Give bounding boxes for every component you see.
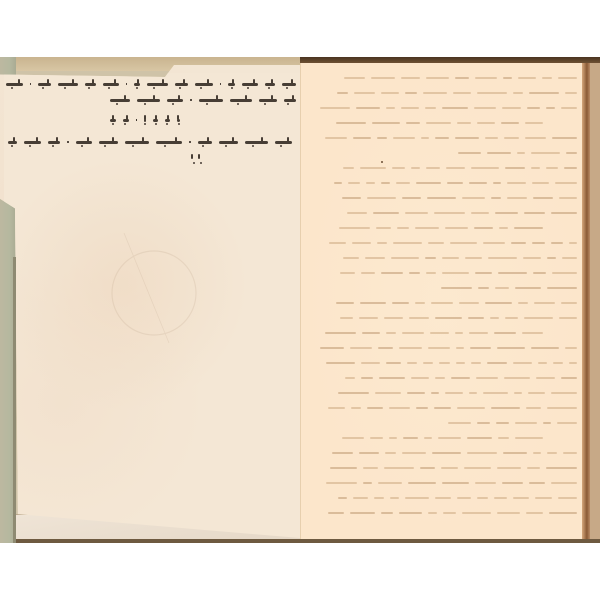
faint-text-line: [421, 420, 577, 426]
faint-text-line: [309, 300, 577, 306]
faint-word: [328, 512, 344, 514]
faint-word: [352, 242, 371, 244]
faint-text-line: [309, 480, 577, 486]
faint-word: [377, 242, 387, 244]
faint-word: [350, 347, 372, 349]
faint-word: [409, 317, 429, 319]
faint-word: [513, 92, 523, 94]
handwritten-word: [144, 119, 147, 122]
faint-word: [552, 137, 577, 139]
faint-word: [393, 137, 415, 139]
faint-text-line: [309, 345, 577, 351]
faint-text-line: [309, 120, 543, 126]
faint-word: [325, 332, 356, 334]
faint-word: [493, 182, 501, 184]
faint-word: [353, 137, 371, 139]
faint-word: [551, 392, 577, 394]
faint-word: [371, 77, 395, 79]
faint-word: [359, 317, 378, 319]
faint-word: [378, 482, 402, 484]
manuscript-photo: [0, 57, 600, 543]
faint-word: [476, 377, 498, 379]
faint-word: [435, 497, 451, 499]
handwritten-word: [8, 141, 17, 144]
faint-text-line: [309, 270, 577, 276]
faint-word: [538, 362, 547, 364]
faint-word: [378, 347, 393, 349]
handwritten-word: [125, 141, 149, 144]
faint-word: [442, 482, 469, 484]
faint-word: [487, 152, 511, 154]
faint-word: [491, 407, 520, 409]
faint-word: [456, 362, 465, 364]
bottom-edge-shadow: [16, 539, 600, 543]
faint-text-line: [309, 435, 543, 441]
faint-word: [326, 482, 357, 484]
faint-word: [415, 227, 439, 229]
faint-word: [457, 122, 471, 124]
faint-word: [498, 272, 527, 274]
faint-word: [465, 257, 482, 259]
handwritten-word: [76, 141, 92, 144]
faint-word: [427, 197, 456, 199]
faint-word: [470, 347, 491, 349]
faint-word: [496, 422, 509, 424]
faint-word: [344, 77, 365, 79]
faint-word: [425, 107, 436, 109]
faint-word: [502, 482, 523, 484]
faint-word: [533, 452, 541, 454]
faint-text-line: [309, 240, 577, 246]
faint-word: [320, 347, 344, 349]
faint-word: [405, 497, 429, 499]
faint-text-line: [309, 225, 543, 231]
faint-word: [338, 392, 369, 394]
faint-word: [522, 332, 543, 334]
handwritten-word: [242, 83, 258, 86]
faint-word: [420, 467, 435, 469]
faint-word: [361, 272, 375, 274]
faint-text-line: [309, 105, 577, 111]
handwritten-word: [153, 119, 158, 122]
faint-word: [507, 182, 526, 184]
faint-word: [525, 137, 546, 139]
handwritten-word: [219, 141, 238, 144]
faint-word: [467, 452, 497, 454]
faint-word: [345, 377, 355, 379]
faint-text-line: [309, 165, 577, 171]
faint-word: [399, 347, 422, 349]
faint-word: [475, 272, 492, 274]
faint-word: [447, 182, 463, 184]
faint-word: [531, 347, 559, 349]
faint-word: [329, 242, 346, 244]
faint-word: [531, 152, 560, 154]
faint-word: [475, 482, 496, 484]
faint-word: [360, 302, 386, 304]
faint-word: [334, 182, 342, 184]
faint-word: [485, 137, 498, 139]
faint-word: [525, 122, 543, 124]
faint-word: [442, 107, 468, 109]
faint-word: [401, 107, 419, 109]
faint-word: [373, 212, 399, 214]
faint-word: [426, 167, 440, 169]
faint-word: [403, 437, 418, 439]
faint-word: [416, 182, 441, 184]
faint-word: [393, 242, 422, 244]
faint-word: [416, 407, 428, 409]
right-page: [300, 63, 583, 541]
faint-word: [320, 107, 350, 109]
faint-word: [426, 77, 449, 79]
faint-word: [529, 482, 545, 484]
faint-text-line: [309, 135, 577, 141]
faint-word: [445, 227, 468, 229]
faint-word: [534, 302, 555, 304]
faint-word: [524, 317, 553, 319]
faint-word: [342, 437, 364, 439]
faint-word: [338, 497, 347, 499]
handwritten-word: [38, 83, 51, 86]
faint-text-line: [309, 450, 577, 456]
faint-word: [353, 497, 368, 499]
faint-word: [336, 122, 366, 124]
faint-word: [497, 347, 525, 349]
faint-word: [391, 257, 419, 259]
handwritten-word: [165, 119, 170, 122]
punctuation-dot: [190, 99, 192, 101]
faint-word: [441, 467, 458, 469]
faint-word: [384, 467, 414, 469]
faint-word: [432, 452, 461, 454]
faint-word: [425, 257, 436, 259]
faint-word: [546, 167, 558, 169]
faint-word: [515, 437, 543, 439]
handwritten-word: [245, 141, 268, 144]
handwritten-word: [259, 99, 277, 102]
handwritten-word: [110, 99, 130, 102]
handwritten-word: [6, 83, 23, 86]
faint-word: [523, 257, 541, 259]
faint-word: [350, 512, 375, 514]
faint-word: [428, 512, 437, 514]
faint-word: [411, 377, 429, 379]
faint-word: [415, 302, 425, 304]
faint-word: [490, 317, 499, 319]
faint-word: [564, 167, 577, 169]
faint-word: [488, 257, 517, 259]
faint-word: [552, 272, 577, 274]
faint-word: [526, 512, 543, 514]
faint-word: [435, 137, 449, 139]
faint-word: [565, 347, 577, 349]
faint-word: [381, 512, 393, 514]
faint-word: [474, 227, 493, 229]
faint-text-line: [309, 195, 577, 201]
faint-word: [546, 107, 555, 109]
faint-word: [405, 212, 428, 214]
faint-word: [559, 317, 577, 319]
faint-word: [553, 362, 563, 364]
faint-word: [406, 122, 420, 124]
faint-word: [442, 257, 459, 259]
faint-word: [498, 437, 509, 439]
faint-word: [435, 317, 462, 319]
faint-word: [561, 302, 577, 304]
faint-word: [365, 257, 385, 259]
punctuation-dot: [136, 119, 137, 121]
handwritten-word: [167, 99, 183, 102]
faint-word: [469, 332, 488, 334]
faint-text-line: [309, 255, 577, 261]
faint-word: [551, 482, 577, 484]
faint-word: [372, 122, 400, 124]
faint-word: [528, 392, 545, 394]
faint-word: [340, 272, 355, 274]
faint-text-line: [309, 75, 577, 81]
faint-word: [428, 242, 444, 244]
faint-word: [392, 167, 405, 169]
punctuation-dot: [126, 83, 127, 85]
faint-word: [438, 437, 461, 439]
faint-word: [392, 302, 409, 304]
faint-word: [343, 257, 359, 259]
faint-word: [462, 197, 485, 199]
faint-word: [501, 122, 519, 124]
faint-word: [471, 362, 481, 364]
faint-word: [487, 362, 507, 364]
faint-word: [443, 512, 456, 514]
faint-word: [439, 362, 450, 364]
faint-word: [562, 257, 577, 259]
handwritten-word: [199, 99, 224, 102]
faint-text-line: [309, 375, 577, 381]
faint-text-line: [309, 510, 577, 516]
faint-word: [408, 482, 436, 484]
handwritten-word: [175, 83, 188, 86]
faint-word: [518, 77, 536, 79]
handwritten-word: [24, 141, 41, 144]
faint-word: [514, 392, 522, 394]
faint-word: [569, 242, 577, 244]
faint-word: [475, 77, 497, 79]
faint-text-line: [309, 180, 577, 186]
faint-word: [495, 287, 509, 289]
faint-word: [491, 197, 501, 199]
faint-word: [426, 122, 451, 124]
faint-word: [558, 497, 577, 499]
faint-word: [527, 467, 540, 469]
left-page-edge: [13, 257, 16, 543]
faint-word: [557, 422, 577, 424]
faint-word: [566, 152, 577, 154]
handwritten-word: [110, 119, 116, 122]
faint-word: [441, 287, 472, 289]
faint-word: [367, 197, 396, 199]
faint-word: [402, 197, 421, 199]
faint-word: [325, 137, 347, 139]
faint-word: [384, 317, 403, 319]
faint-word: [389, 437, 397, 439]
faint-word: [503, 77, 512, 79]
faint-word: [421, 137, 429, 139]
faint-word: [515, 287, 541, 289]
faint-word: [542, 77, 552, 79]
faint-word: [351, 407, 361, 409]
faint-text-line: [309, 315, 577, 321]
faint-word: [431, 392, 439, 394]
faint-word: [359, 452, 379, 454]
faint-word: [342, 197, 361, 199]
faint-word: [546, 467, 577, 469]
faint-word: [446, 167, 465, 169]
faint-word: [434, 212, 465, 214]
faint-text-line: [421, 285, 577, 291]
faint-word: [518, 302, 528, 304]
handwritten-line: [110, 115, 180, 125]
faint-word: [374, 497, 384, 499]
faint-word: [547, 452, 557, 454]
handwritten-line: [8, 137, 292, 147]
right-fore-edge: [582, 63, 590, 541]
faint-word: [426, 272, 436, 274]
faint-word: [363, 482, 372, 484]
handwritten-word: [48, 141, 60, 144]
faint-word: [343, 167, 354, 169]
faint-word: [337, 92, 348, 94]
faint-word: [483, 392, 508, 394]
faint-word: [458, 152, 481, 154]
handwritten-word: [103, 83, 119, 86]
faint-word: [423, 362, 433, 364]
faint-word: [478, 287, 489, 289]
faint-word: [330, 467, 357, 469]
faint-word: [455, 77, 469, 79]
faint-word: [362, 332, 380, 334]
faint-word: [514, 227, 543, 229]
faint-word: [451, 377, 470, 379]
faint-word: [424, 437, 432, 439]
faint-word: [381, 272, 403, 274]
handwritten-word: [230, 99, 251, 102]
faint-word: [401, 77, 420, 79]
right-outer-edge: [590, 63, 600, 541]
punctuation-dot: [67, 141, 69, 143]
handwritten-word: [198, 141, 212, 144]
faint-word: [515, 422, 537, 424]
faint-word: [348, 182, 360, 184]
faint-word: [402, 452, 426, 454]
handwritten-word: [284, 99, 296, 102]
faint-word: [356, 107, 380, 109]
faint-word: [445, 392, 463, 394]
faint-word: [468, 317, 484, 319]
faint-word: [455, 137, 479, 139]
faint-word: [407, 362, 417, 364]
faint-word: [435, 377, 445, 379]
faint-word: [547, 407, 577, 409]
faint-word: [453, 92, 471, 94]
punctuation-dot: [189, 141, 191, 143]
faint-word: [399, 512, 422, 514]
faint-word: [524, 212, 545, 214]
faint-word: [531, 167, 540, 169]
faint-word: [386, 332, 396, 334]
faint-word: [551, 242, 563, 244]
faint-word: [477, 122, 495, 124]
faint-word: [502, 107, 521, 109]
faint-word: [549, 512, 577, 514]
faint-word: [456, 347, 464, 349]
faint-word: [450, 242, 477, 244]
faint-word: [533, 197, 553, 199]
faint-word: [547, 257, 556, 259]
faint-word: [485, 302, 512, 304]
faint-word: [505, 167, 525, 169]
faint-word: [511, 242, 526, 244]
faint-word: [561, 107, 577, 109]
punctuation-dot: [30, 83, 31, 85]
faint-word: [513, 497, 529, 499]
faint-word: [535, 497, 552, 499]
handwritten-line: [6, 79, 296, 89]
handwritten-word: [265, 83, 275, 86]
faint-word: [517, 152, 525, 154]
faint-word: [361, 362, 380, 364]
faint-word: [448, 422, 471, 424]
faint-word: [431, 302, 453, 304]
faint-word: [367, 407, 383, 409]
faint-text-line: [309, 90, 577, 96]
faint-word: [397, 227, 409, 229]
faint-word: [464, 467, 491, 469]
faint-word: [536, 377, 555, 379]
faint-word: [504, 377, 530, 379]
faint-word: [497, 512, 520, 514]
faint-word: [377, 137, 387, 139]
handwritten-line: [110, 95, 296, 105]
faint-word: [469, 392, 477, 394]
faint-word: [361, 377, 373, 379]
faint-word: [529, 92, 559, 94]
faint-word: [411, 167, 420, 169]
faint-word: [495, 212, 518, 214]
faint-word: [340, 317, 353, 319]
faint-word: [360, 167, 386, 169]
faint-word: [428, 347, 450, 349]
faint-word: [561, 377, 577, 379]
faint-word: [494, 497, 507, 499]
faint-word: [565, 92, 577, 94]
faint-word: [563, 452, 577, 454]
handwritten-word: [275, 141, 292, 144]
faint-word: [336, 302, 354, 304]
faint-word: [434, 407, 451, 409]
faint-word: [370, 437, 383, 439]
handwritten-word: [228, 83, 235, 86]
faint-text-line: [309, 330, 543, 336]
faint-word: [526, 407, 541, 409]
faint-word: [477, 92, 507, 94]
faint-text-line: [309, 360, 577, 366]
faint-word: [504, 137, 519, 139]
faint-word: [430, 332, 449, 334]
faint-word: [386, 107, 395, 109]
faint-word: [494, 332, 516, 334]
faint-word: [328, 407, 345, 409]
faint-text-line: [309, 405, 577, 411]
